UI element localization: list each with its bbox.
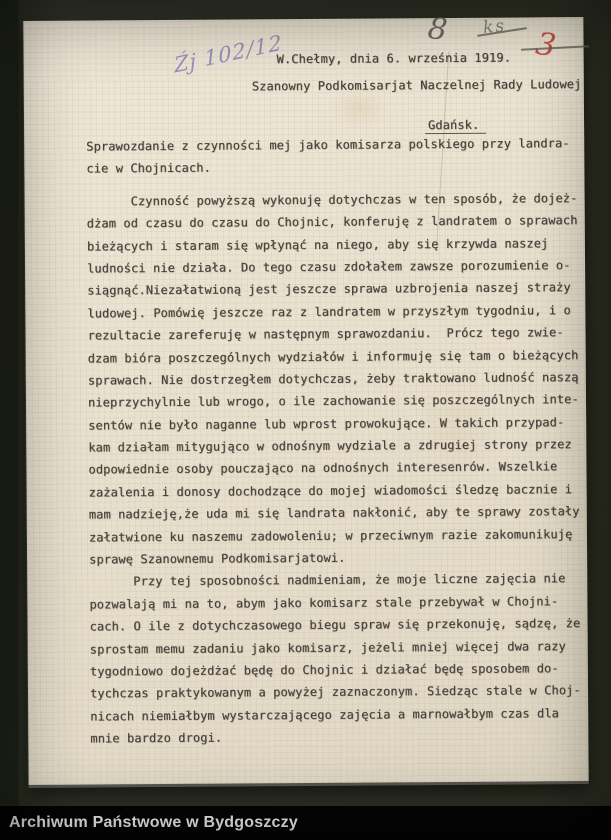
typewritten-line: cach. O ile z dotychczasowego biegu spra… <box>89 612 588 638</box>
dateline: W.Chełmy, dnia 6. września 1919. <box>277 51 511 67</box>
city-underlined: Gdańsk. <box>425 118 486 134</box>
typewritten-line: Przy tej sposobności nadmieniam, że moje… <box>89 567 588 593</box>
typewritten-line: rezultacie zareferuję w następnym sprawo… <box>87 321 587 347</box>
typewritten-line: mam nadzieję,że uda mi się landrata nakł… <box>89 500 589 526</box>
typewritten-line: nieprzychylnie lub wrogo, o ile zachowan… <box>88 388 588 414</box>
addressee-line: Szanowny Podkomisarjat Naczelnej Rady Lu… <box>252 77 582 93</box>
typed-body: Sprawozdanie z czynności mej jako komisa… <box>86 132 589 750</box>
typewritten-line: odpowiednie osoby pouczająco na odnośnyc… <box>88 455 588 481</box>
archive-watermark-label: Archiwum Państwowe w Bydgoszczy <box>0 814 298 832</box>
letter-page: W.Chełmy, dnia 6. września 1919. Szanown… <box>23 17 588 785</box>
typewritten-line: cie w Chojnicach. <box>86 154 586 180</box>
archive-watermark-bar: Archiwum Państwowe w Bydgoszczy <box>0 806 611 840</box>
typewritten-line: Sprawozdanie z czynności mej jako komisa… <box>86 132 586 158</box>
scanned-document-view: W.Chełmy, dnia 6. września 1919. Szanown… <box>0 0 611 840</box>
typewritten-line: tychczas praktykowanym a powyżej zaznacz… <box>90 679 589 705</box>
typewritten-line: siągnąć.Niezałatwioną jest jeszcze spraw… <box>87 276 587 302</box>
typewritten-line: nicach niemiałbym wystarczającego zajęci… <box>90 702 589 728</box>
typewritten-line: mnie bardzo drogi. <box>90 724 588 750</box>
typewritten-line: dżam od czasu do czasu do Chojnic, konfe… <box>87 209 587 235</box>
typewritten-line: załatwione ku naszemu zadowoleniu; w prz… <box>89 523 589 549</box>
